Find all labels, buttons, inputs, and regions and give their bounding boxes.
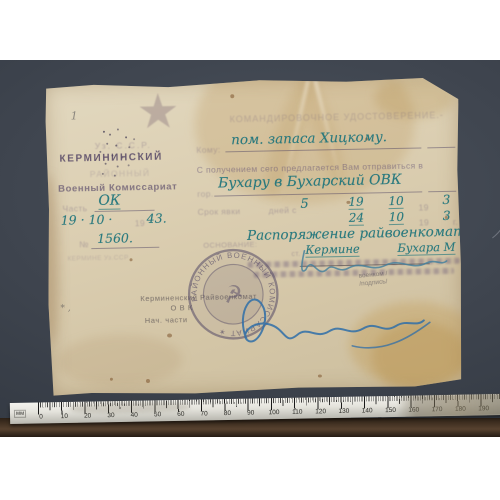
to-label: Кому: [196,144,220,154]
paper-spot [167,333,172,337]
year-prefix-1: 19 [418,202,428,212]
to-value-handwritten: пом. запаса Хицкому. [231,129,387,148]
paper-spot [318,374,322,377]
to-month-handwritten: 10 [389,210,405,225]
ruler-tarnish [396,394,500,417]
city-label: гор. [197,189,214,199]
number-value-handwritten: 1560. [97,230,133,246]
ruler-number: 120 [315,408,326,415]
paper-stain [40,174,61,344]
date-year-prefix: 19 [135,218,145,228]
ruler-number: 70 [200,410,207,417]
ruler-number: 110 [292,409,303,416]
paper-spot [230,94,234,98]
speckle-marks [103,131,105,133]
letterhead-country: Уз. С.С.Р. [61,139,185,151]
pencil-mark: 1 [71,109,78,122]
from-day-handwritten: 19 [348,195,364,210]
from-year-digit-handwritten: 3 [442,192,450,207]
red-army-star-icon: ★ [136,83,180,140]
ruler-number: 130 [338,408,349,415]
ruler-number: 80 [224,410,231,417]
term-label: Срок явки [197,206,240,217]
paper-spot [110,378,113,381]
ruler-number: 140 [362,407,373,414]
ruler-number: 100 [269,409,280,416]
to-day-handwritten: 24 [349,211,365,226]
paper-spot [146,379,150,383]
to-year-digit-handwritten: 3 [443,208,451,223]
margin-mark: * , [60,304,70,314]
letterhead-org-name: КЕРМИНИНСКИЙ [59,152,163,165]
paper-spot [470,371,474,375]
letterhead-org-sub: РАЙОННЫЙ [90,168,151,179]
city-value-handwritten: Бухару в Бухарский ОВК [218,172,402,192]
ruler-number: 150 [385,407,396,414]
ruler-unit-label: мм [14,410,26,418]
term-days-handwritten: 5 [300,197,309,212]
ruler-number: 0 [39,413,43,420]
from-month-handwritten: 10 [388,194,404,209]
ruler-number: 50 [154,411,161,418]
paper-spot [130,258,133,261]
official-stamp-line3: Нач. части [145,315,188,325]
date-year-handwritten: 43. [147,211,167,226]
photo-frame: ★ 1 Уз. С.С.Р. КЕРМИНИНСКИЙ РАЙОННЫЙ Вое… [0,0,500,500]
paper-stain [57,333,183,387]
part-value-handwritten: ОК [98,192,121,209]
ruler-number: 10 [61,413,68,420]
photo-background: ★ 1 Уз. С.С.Р. КЕРМИНИНСКИЙ РАЙОННЫЙ Вое… [0,60,500,437]
date-day-month-handwritten: 19 · 10 · [61,212,113,228]
ruler-number: 90 [247,410,254,417]
letterhead-city: КЕРМИНЕ Уз.ССР [67,254,128,262]
number-label: № [79,239,89,249]
ruler-number: 60 [177,411,184,418]
term-mid: дней с [268,205,296,216]
ruler-number: 30 [107,412,114,419]
document-title: КОМАНДИРОВОЧНОЕ УДОСТОВЕРЕНИЕ.- [227,110,447,124]
ruler-number: 20 [84,413,91,420]
signature-commissar [223,268,435,354]
document: ★ 1 Уз. С.С.Р. КЕРМИНИНСКИЙ РАЙОННЫЙ Вое… [44,76,464,397]
